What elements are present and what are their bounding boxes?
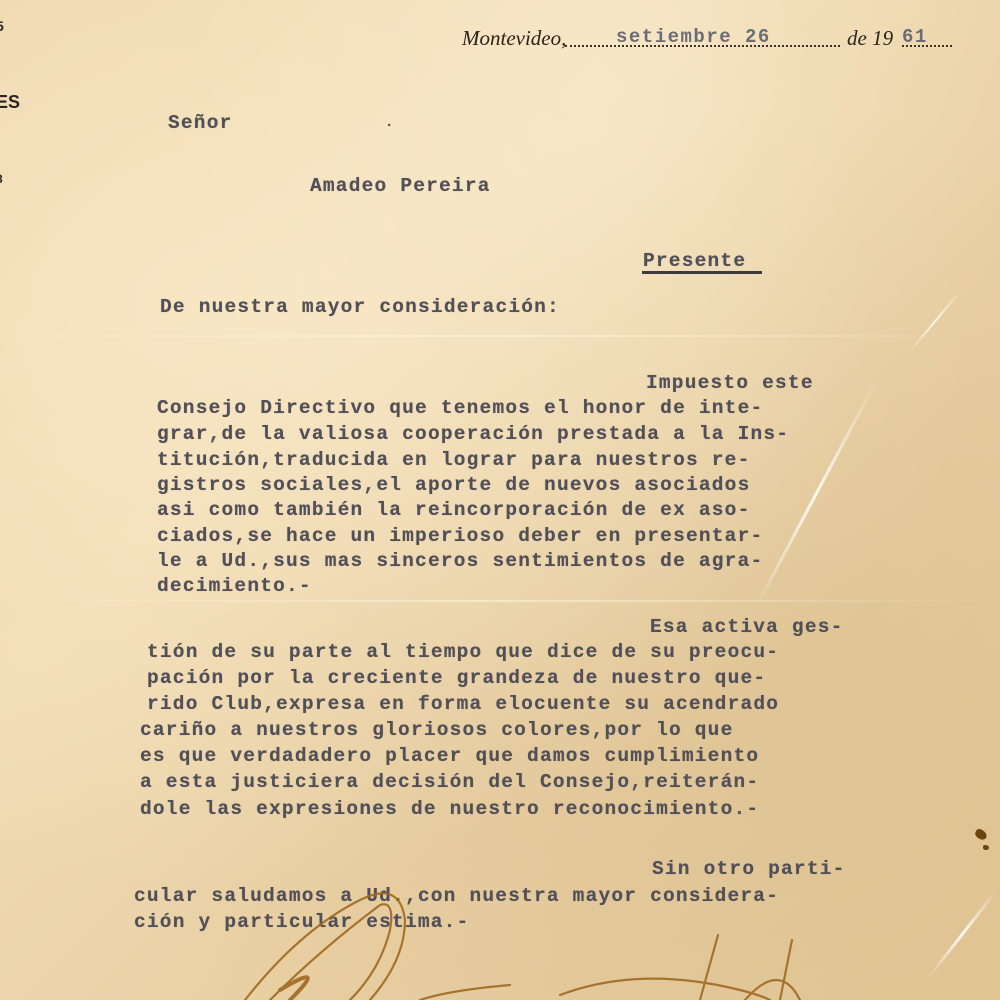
handwritten-signature: [0, 0, 1000, 1000]
letter-paper: 5 ES 3 Montevideo, setiembre 26 de 19 61…: [0, 0, 1000, 1000]
